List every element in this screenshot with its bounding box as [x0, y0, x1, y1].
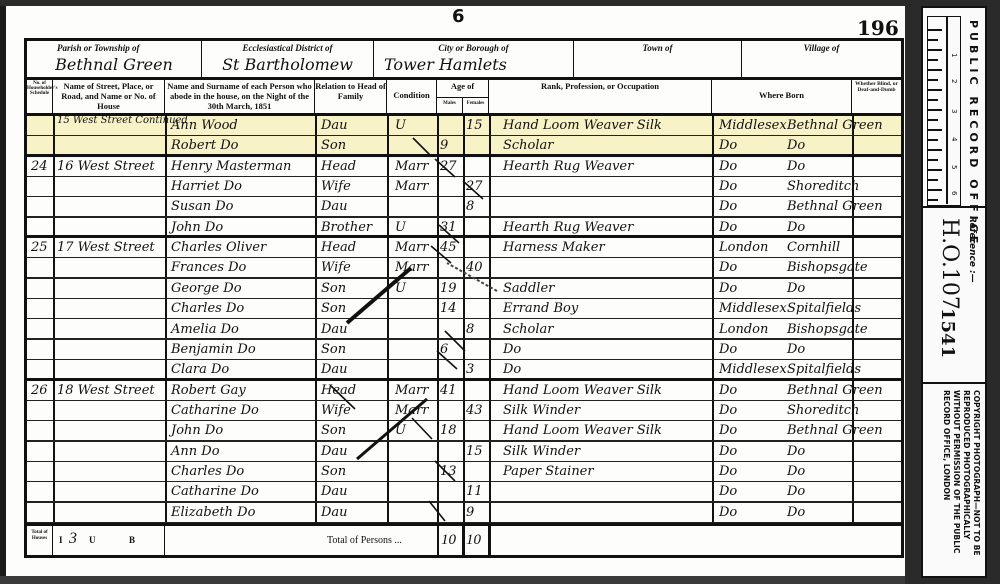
enumerator-tally-strokes: [27, 41, 901, 561]
ruler-mark: 2: [950, 79, 958, 83]
ruler-mark: 3: [950, 109, 958, 113]
page-marker: 6: [452, 6, 465, 27]
copyright-notice: COPYRIGHT PHOTOGRAPH—NOT TO BE REPRODUCE…: [929, 390, 981, 572]
folio-number: 196: [857, 16, 899, 40]
office-label: PUBLIC RECORD OFFICE: [967, 20, 980, 247]
archive-reference-strip: PUBLIC RECORD OFFICE 1 2 3 4 5 6 Referen…: [921, 6, 987, 578]
ruler-mark: 6: [950, 191, 958, 195]
scan-bottom-edge: [0, 576, 920, 584]
piece-number: 1541: [937, 308, 958, 358]
ruler-mark: 1: [950, 53, 958, 57]
ruler-mark: 4: [950, 137, 958, 141]
reference-value: H.O.107: [937, 218, 962, 310]
census-form: Parish or Township of Bethnal Green Eccl…: [24, 38, 904, 558]
scan-left-edge: [0, 0, 6, 584]
measurement-ruler: 1 2 3 4 5 6: [927, 16, 961, 206]
ruler-mark: 5: [950, 165, 958, 169]
reference-label: Reference :—: [967, 216, 977, 283]
